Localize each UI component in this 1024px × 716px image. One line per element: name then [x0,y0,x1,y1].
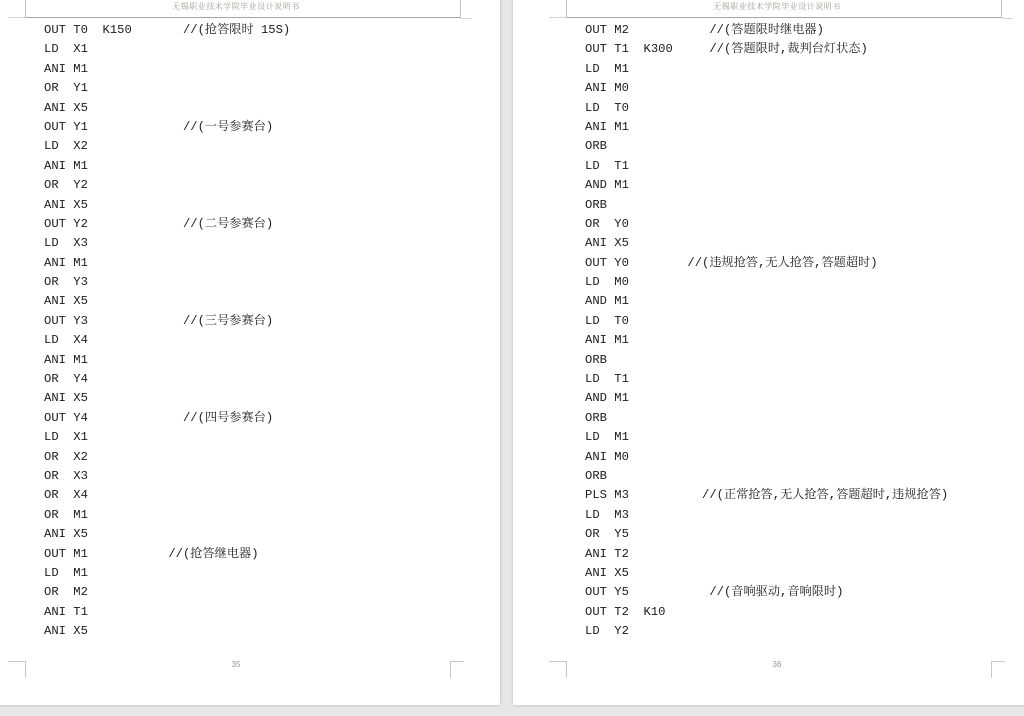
page-header-text: 无锡职业技术学院毕业设计说明书 [513,1,1024,12]
code-line[interactable]: OR Y0 [585,215,948,234]
code-line[interactable]: LD M1 [585,60,948,79]
code-line[interactable]: OR X3 [44,467,290,486]
margin-tick-right [1001,0,1002,18]
code-text-block[interactable]: OUT M2 //(答题限时继电器)OUT T1 K300 //(答题限时,裁判… [585,21,948,642]
code-line[interactable]: OUT Y4 //(四号参赛台) [44,409,290,428]
code-line[interactable]: OR Y5 [585,525,948,544]
code-line[interactable]: OR M2 [44,583,290,602]
code-line[interactable]: ANI X5 [44,196,290,215]
code-line[interactable]: ANI M0 [585,448,948,467]
header-rule-extension-right [1001,18,1013,19]
code-line[interactable]: AND M1 [585,389,948,408]
code-line[interactable]: OUT T2 K10 [585,603,948,622]
margin-tick-right [460,0,461,18]
header-rule [25,17,460,18]
code-line[interactable]: OR Y1 [44,79,290,98]
code-line[interactable]: OR M1 [44,506,290,525]
code-line[interactable]: ANI T2 [585,545,948,564]
code-line[interactable]: ANI X5 [44,389,290,408]
code-line[interactable]: OUT Y2 //(二号参赛台) [44,215,290,234]
code-line[interactable]: OR Y2 [44,176,290,195]
code-line[interactable]: LD M0 [585,273,948,292]
header-rule-extension-left [549,17,566,18]
code-line[interactable]: ANI X5 [44,292,290,311]
code-line[interactable]: ANI M1 [44,157,290,176]
code-line[interactable]: OUT Y1 //(一号参赛台) [44,118,290,137]
code-line[interactable]: ANI M1 [44,60,290,79]
header-rule [566,17,1001,18]
page-number: 35 [0,660,500,669]
code-line[interactable]: ANI X5 [44,525,290,544]
code-line[interactable]: AND M1 [585,292,948,311]
code-line[interactable]: LD X2 [44,137,290,156]
code-line[interactable]: ANI M1 [585,118,948,137]
page-number: 36 [513,660,1024,669]
code-line[interactable]: OR Y3 [44,273,290,292]
code-line[interactable]: ANI M1 [585,331,948,350]
code-line[interactable]: OR Y4 [44,370,290,389]
code-line[interactable]: ANI T1 [44,603,290,622]
code-line[interactable]: ORB [585,467,948,486]
code-line[interactable]: OUT M2 //(答题限时继电器) [585,21,948,40]
document-page-left[interactable]: 无锡职业技术学院毕业设计说明书 OUT T0 K150 //(抢答限时 15S)… [0,0,500,705]
code-line[interactable]: ANI X5 [44,99,290,118]
code-line[interactable]: ANI M1 [44,254,290,273]
code-line[interactable]: LD T1 [585,370,948,389]
code-line[interactable]: ORB [585,137,948,156]
code-line[interactable]: ANI X5 [585,564,948,583]
code-line[interactable]: LD M1 [585,428,948,447]
code-line[interactable]: PLS M3 //(正常抢答,无人抢答,答题超时,违规抢答) [585,486,948,505]
code-line[interactable]: ANI X5 [585,234,948,253]
header-rule-extension-left [8,17,25,18]
code-line[interactable]: LD M3 [585,506,948,525]
code-line[interactable]: ANI X5 [44,622,290,641]
code-line[interactable]: LD Y2 [585,622,948,641]
code-line[interactable]: ORB [585,409,948,428]
code-line[interactable]: LD X3 [44,234,290,253]
code-line[interactable]: OUT T1 K300 //(答题限时,裁判台灯状态) [585,40,948,59]
code-line[interactable]: AND M1 [585,176,948,195]
code-line[interactable]: ORB [585,351,948,370]
code-line[interactable]: LD X4 [44,331,290,350]
code-line[interactable]: LD X1 [44,428,290,447]
code-line[interactable]: OUT M1 //(抢答继电器) [44,545,290,564]
code-line[interactable]: OR X2 [44,448,290,467]
code-line[interactable]: ANI M0 [585,79,948,98]
page-header-text: 无锡职业技术学院毕业设计说明书 [0,1,500,12]
code-line[interactable]: LD X1 [44,40,290,59]
code-line[interactable]: LD T0 [585,99,948,118]
code-line[interactable]: OUT Y0 //(违规抢答,无人抢答,答题超时) [585,254,948,273]
code-text-block[interactable]: OUT T0 K150 //(抢答限时 15S)LD X1ANI M1OR Y1… [44,21,290,642]
header-rule-extension-right [460,18,472,19]
code-line[interactable]: LD T0 [585,312,948,331]
document-page-right[interactable]: 无锡职业技术学院毕业设计说明书 OUT M2 //(答题限时继电器)OUT T1… [513,0,1024,705]
code-line[interactable]: OUT Y5 //(音响驱动,音响限时) [585,583,948,602]
code-line[interactable]: OUT T0 K150 //(抢答限时 15S) [44,21,290,40]
code-line[interactable]: LD T1 [585,157,948,176]
code-line[interactable]: LD M1 [44,564,290,583]
margin-tick-left [566,0,567,18]
margin-tick-left [25,0,26,18]
code-line[interactable]: ANI M1 [44,351,290,370]
code-line[interactable]: OR X4 [44,486,290,505]
code-line[interactable]: ORB [585,196,948,215]
code-line[interactable]: OUT Y3 //(三号参赛台) [44,312,290,331]
